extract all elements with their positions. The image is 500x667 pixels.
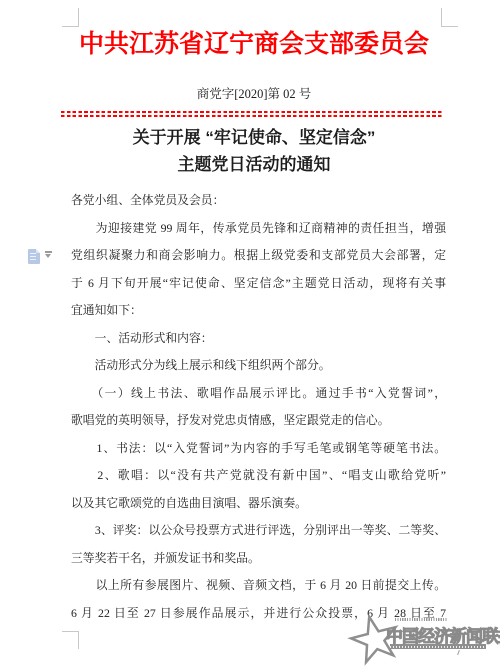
notice-title-line2: 主题党日活动的通知: [62, 154, 446, 176]
rule-dash-top: [61, 111, 443, 113]
paste-options-icon[interactable]: [27, 249, 53, 266]
dropdown-arrow-icon[interactable]: [45, 254, 51, 258]
watermark-microtext-top: [395, 618, 447, 621]
body-line: 以上所有参展图片、视频、音频文档，于 6 月 20 日前提交上传。: [71, 572, 446, 600]
document-page-icon: [28, 249, 40, 264]
organization-header: 中共江苏省辽宁商会支部委员会: [62, 28, 446, 60]
document-number: 商党字[2020]第 02 号: [62, 86, 446, 102]
margin-crop-mark-top-left: [62, 8, 79, 27]
body-line: 各党小组、全体党员及会员：: [71, 187, 446, 215]
watermark-logo: 中国经济新闻联播: [348, 612, 500, 667]
body-line: 1、书法：以“入党誓词”为内容的手写毛笔或钢笔等硬笔书法。: [71, 435, 446, 463]
body-line: 三等奖若干名，并颁发证书和奖品。: [71, 545, 446, 573]
body-line: 以及其它歌颂党的自选曲目演唱、器乐演奏。: [71, 490, 446, 518]
body-line: 党组织凝聚力和商会影响力。根据上级党委和支部党员大会部署，定: [71, 242, 446, 270]
red-separator-rule: [61, 111, 443, 117]
body-line: 于 6 月下旬开展“牢记使命、坚定信念”主题党日活动，现将有关事: [71, 270, 446, 298]
body-line: 宜通知如下：: [71, 297, 446, 325]
rule-dash-bottom: [61, 115, 443, 117]
body-line: 3、评奖：以公众号投票方式进行评选，分别评出一等奖、二等奖、: [71, 517, 446, 545]
body-line: 2、歌唱：以“没有共产党就没有新中国”、“唱支山歌给党听”: [71, 462, 446, 490]
body-line: 为迎接建党 99 周年，传承党员先锋和辽商精神的责任担当，增强: [71, 215, 446, 243]
body-line: 一、活动形式和内容：: [71, 325, 446, 353]
watermark-microtext-bottom: [390, 644, 486, 649]
watermark-tail: [457, 650, 460, 655]
word-document-page: 中共江苏省辽宁商会支部委员会 商党字[2020]第 02 号 关于开展 “牢记使…: [0, 0, 500, 667]
body-line: 活动形式分为线上展示和线下组织两个部分。: [71, 352, 446, 380]
notice-body: 各党小组、全体党员及会员： 为迎接建党 99 周年，传承党员先锋和辽商精神的责任…: [71, 187, 446, 627]
body-line: 歌唱党的英明领导，抒发对党忠贞情感，坚定跟党走的信心。: [71, 407, 446, 435]
margin-crop-mark-top-right: [441, 8, 458, 27]
margin-crop-mark-bottom-left: [62, 631, 79, 649]
body-line: （一）线上书法、歌唱作品展示评比。通过手书“入党誓词”，: [71, 380, 446, 408]
notice-title-line1: 关于开展 “牢记使命、坚定信念”: [62, 127, 446, 149]
